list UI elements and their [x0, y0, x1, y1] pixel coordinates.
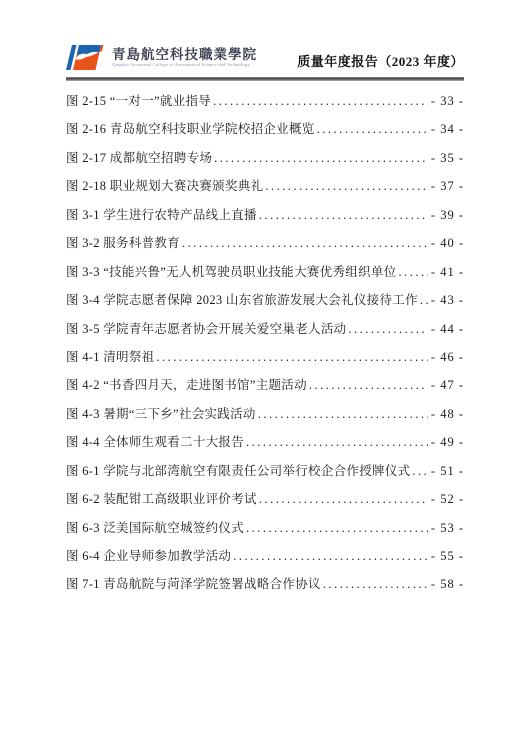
- dot-leader: ........................................…: [309, 378, 428, 393]
- figure-label: 图 3-3 “技能兴鲁”无人机驾驶员职业技能大赛优秀组织单位: [66, 262, 397, 280]
- figure-label: 图 2-18 职业规划大赛决赛颁奖典礼: [66, 176, 263, 194]
- figure-list-row: 图 4-3 暑期“三下乡”社会实践活动 ....................…: [66, 404, 464, 432]
- figure-list-row: 图 6-1 学院与北部湾航空有限责任公司举行校企合作授牌仪式 .........…: [66, 461, 464, 489]
- dot-leader: ........................................…: [233, 549, 428, 564]
- figure-page-number: - 33 -: [431, 94, 464, 109]
- figure-page-number: - 47 -: [431, 378, 464, 393]
- figure-label: 图 3-2 服务科普教育: [66, 233, 180, 251]
- figure-page-number: - 34 -: [431, 122, 464, 137]
- dot-leader: ........................................…: [323, 577, 428, 592]
- figure-page-number: - 40 -: [431, 236, 464, 251]
- dot-leader: ........................................…: [265, 179, 428, 194]
- figure-page-number: - 51 -: [431, 464, 464, 479]
- figure-list-row: 图 6-2 装配钳工高级职业评价考试 .....................…: [66, 489, 464, 517]
- figure-list-row: 图 6-4 企业导师参加教学活动 .......................…: [66, 546, 464, 574]
- figure-page-number: - 43 -: [431, 293, 464, 308]
- figure-page-number: - 35 -: [431, 151, 464, 166]
- figure-list-row: 图 4-2 “书香四月天，走进图书馆”主题活动 ................…: [66, 375, 464, 403]
- figure-page-number: - 58 -: [431, 577, 464, 592]
- figure-label: 图 2-17 成都航空招聘专场: [66, 148, 212, 166]
- figure-list-row: 图 2-18 职业规划大赛决赛颁奖典礼 ....................…: [66, 176, 464, 204]
- dot-leader: ........................................…: [156, 350, 428, 365]
- figure-page-number: - 52 -: [431, 492, 464, 507]
- figure-list-row: 图 3-5 学院青年志愿者协会开展关爱空巢老人活动 ..............…: [66, 319, 464, 347]
- college-name-block: 青島航空科技職業學院 Qingdao Vocational College of…: [112, 48, 257, 68]
- figure-list-row: 图 3-1 学生进行农特产品线上直播 .....................…: [66, 205, 464, 233]
- dot-leader: ........................................…: [246, 435, 428, 450]
- dot-leader: ........................................…: [259, 492, 428, 507]
- figure-list-row: 图 4-4 全体师生观看二十大报告 ......................…: [66, 432, 464, 460]
- figure-page-number: - 49 -: [431, 435, 464, 450]
- figure-label: 图 3-1 学生进行农特产品线上直播: [66, 205, 257, 223]
- figure-page-number: - 53 -: [431, 521, 464, 536]
- figure-label: 图 4-3 暑期“三下乡”社会实践活动: [66, 404, 256, 422]
- college-name-english: Qingdao Vocational College of Aeronautic…: [112, 63, 257, 68]
- figure-list-row: 图 6-3 泛美国际航空城签约仪式 ......................…: [66, 518, 464, 546]
- figure-page-number: - 48 -: [431, 407, 464, 422]
- figure-list-row: 图 3-3 “技能兴鲁”无人机驾驶员职业技能大赛优秀组织单位 .........…: [66, 262, 464, 290]
- figure-label: 图 3-4 学院志愿者保障 2023 山东省旅游发展大会礼仪接待工作: [66, 290, 418, 308]
- figure-page-number: - 41 -: [431, 265, 464, 280]
- header-rule: [66, 77, 464, 81]
- figure-list-row: 图 2-17 成都航空招聘专场 ........................…: [66, 148, 464, 176]
- figure-label: 图 7-1 青岛航院与菏泽学院签署战略合作协议: [66, 574, 321, 592]
- dot-leader: ........................................…: [214, 151, 428, 166]
- college-name: 青島航空科技職業學院: [112, 48, 257, 62]
- dot-leader: ........................................…: [258, 407, 428, 422]
- figure-label: 图 3-5 学院青年志愿者协会开展关爱空巢老人活动: [66, 319, 346, 337]
- figure-page-number: - 44 -: [431, 322, 464, 337]
- figure-list-row: 图 2-16 青岛航空科技职业学院校招企业概览 ................…: [66, 119, 464, 147]
- figure-label: 图 6-1 学院与北部湾航空有限责任公司举行校企合作授牌仪式: [66, 461, 410, 479]
- figure-label: 图 4-2 “书香四月天，走进图书馆”主题活动: [66, 375, 307, 393]
- figure-label: 图 2-15 “一对一”就业指导: [66, 91, 211, 109]
- dot-leader: ........................................…: [412, 464, 428, 479]
- document-page: 青島航空科技職業學院 Qingdao Vocational College of…: [0, 0, 530, 750]
- page-header: 青島航空科技職業學院 Qingdao Vocational College of…: [66, 44, 464, 71]
- figure-label: 图 6-3 泛美国际航空城签约仪式: [66, 518, 244, 536]
- dot-leader: ........................................…: [317, 122, 428, 137]
- figure-page-number: - 55 -: [431, 549, 464, 564]
- figure-list-row: 图 4-1 清明祭祖 .............................…: [66, 347, 464, 375]
- dot-leader: ........................................…: [182, 236, 428, 251]
- figure-list-row: 图 3-2 服务科普教育 ...........................…: [66, 233, 464, 261]
- college-logo-icon: [66, 44, 104, 71]
- dot-leader: ........................................…: [399, 265, 428, 280]
- dot-leader: ........................................…: [348, 322, 428, 337]
- header-brand: 青島航空科技職業學院 Qingdao Vocational College of…: [66, 44, 257, 71]
- figure-label: 图 2-16 青岛航空科技职业学院校招企业概览: [66, 119, 315, 137]
- figure-list-row: 图 7-1 青岛航院与菏泽学院签署战略合作协议 ................…: [66, 574, 464, 602]
- figure-label: 图 6-2 装配钳工高级职业评价考试: [66, 489, 257, 507]
- dot-leader: ........................................…: [246, 521, 428, 536]
- dot-leader: ........................................…: [420, 293, 428, 308]
- figure-list-row: 图 2-15 “一对一”就业指导 .......................…: [66, 91, 464, 119]
- figure-label: 图 4-1 清明祭祖: [66, 347, 154, 365]
- figure-list: 图 2-15 “一对一”就业指导 .......................…: [66, 91, 464, 603]
- figure-label: 图 6-4 企业导师参加教学活动: [66, 546, 231, 564]
- dot-leader: ........................................…: [213, 94, 428, 109]
- dot-leader: ........................................…: [259, 208, 428, 223]
- report-title: 质量年度报告（2023 年度）: [297, 51, 464, 71]
- figure-label: 图 4-4 全体师生观看二十大报告: [66, 432, 244, 450]
- figure-page-number: - 46 -: [431, 350, 464, 365]
- figure-page-number: - 37 -: [431, 179, 464, 194]
- figure-list-row: 图 3-4 学院志愿者保障 2023 山东省旅游发展大会礼仪接待工作 .....…: [66, 290, 464, 318]
- figure-page-number: - 39 -: [431, 208, 464, 223]
